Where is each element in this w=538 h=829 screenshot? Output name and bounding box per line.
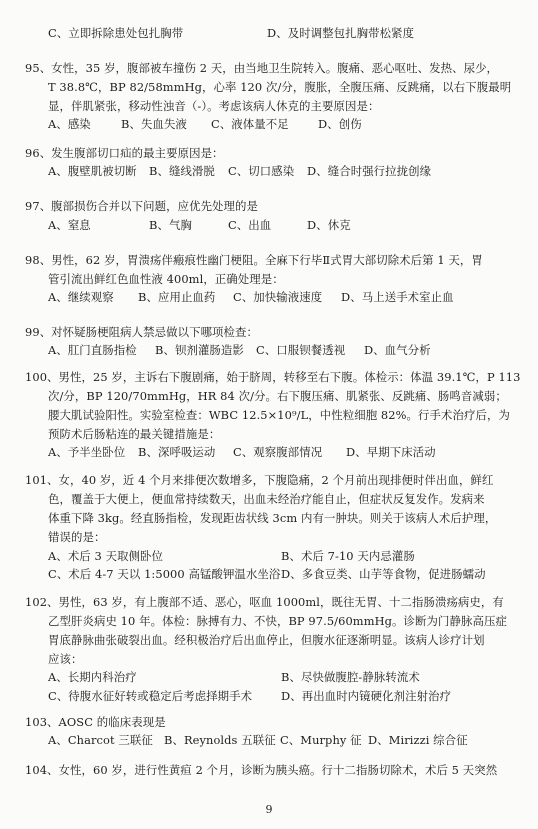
- option-b: B、Reynolds 五联征: [164, 733, 276, 747]
- option-b: B、气胸: [149, 218, 192, 232]
- option-b: B、尽快做腹腔-静脉转流术: [281, 670, 420, 684]
- question-stem-line: 胃底静脉曲张破裂出血。经积极治疗后出血停止，但腹水征逐渐明显。该病人诊疗计划: [48, 633, 485, 647]
- question-stem-line: 103、AOSC 的临床表现是: [25, 715, 166, 729]
- option-b: B、钡剂灌肠造影: [155, 343, 244, 357]
- option-c: C、观察腹部情况: [233, 445, 322, 459]
- option-b: B、应用止血药: [138, 290, 215, 304]
- option-a: A、肛门直肠指检: [48, 343, 137, 357]
- option-c: C、口服钡餐透视: [256, 343, 345, 357]
- question-stem-line: 100、男性，25 岁，主诉右下腹剧痛，始于脐周，转移至右下腹。体检示：体温 3…: [25, 370, 521, 384]
- question-stem-line: 应该：: [48, 652, 82, 666]
- option-c: C、加快输液速度: [233, 290, 322, 304]
- option-d: D、Mirizzi 综合征: [368, 733, 468, 747]
- option-c: C、待腹水征好转或稳定后考虑择期手术: [48, 689, 252, 703]
- option-d: D、马上送手术室止血: [341, 290, 454, 304]
- option-d: D、再出血时内镜硬化剂注射治疗: [281, 689, 451, 703]
- option-c: C、术后 4-7 天以 1:5000 高锰酸钾温水坐浴: [48, 567, 280, 581]
- option-a: A、腹壁肌被切断: [48, 164, 137, 178]
- option-a: A、术后 3 天取侧卧位: [48, 549, 163, 563]
- option-c: C、立即拆除患处包扎胸带: [48, 26, 183, 40]
- question-stem-line: 腰大肌试验阳性。实验室检查：WBC 12.5×10⁹/L，中性粒细胞 82%。行…: [48, 408, 510, 422]
- option-a: A、感染: [48, 117, 91, 131]
- option-d: D、休克: [307, 218, 351, 232]
- option-d: D、创伤: [318, 117, 362, 131]
- option-d: D、缝合时强行拉拢创缘: [307, 164, 431, 178]
- page-number: 9: [0, 803, 538, 816]
- option-a: A、继续观察: [48, 290, 114, 304]
- option-b: B、失血失液: [121, 117, 187, 131]
- option-b: B、缝线滑脱: [149, 164, 215, 178]
- question-stem-line: 预防术后肠粘连的最关键措施是：: [48, 427, 220, 441]
- question-stem-line: 96、发生腹部切口疝的最主要原因是：: [25, 146, 224, 160]
- option-a: A、Charcot 三联征: [48, 733, 153, 747]
- question-stem-line: T 38.8℃，BP 82/58mmHg，心率 120 次/分，腹胀，全腹压痛、…: [48, 80, 511, 94]
- question-stem-line: 次/分，BP 120/70mmHg，HR 84 次/分。右下腹压痛、肌紧张、反跳…: [48, 389, 507, 403]
- option-d: D、多食豆类、山芋等食物，促进肠蠕动: [281, 567, 486, 581]
- option-d: D、血气分析: [364, 343, 431, 357]
- question-stem-line: 乙型肝炎病史 10 年。体检：脉搏有力、不快，BP 97.5/60mmHg。诊断…: [48, 614, 507, 628]
- option-c: C、Murphy 征: [280, 733, 362, 747]
- exam-page: C、立即拆除患处包扎胸带 D、及时调整包扎胸带松紧度 95、女性，35 岁，腹部…: [0, 0, 538, 829]
- question-stem-line: 错误的是：: [48, 530, 105, 544]
- question-stem-line: 104、女性，60 岁，进行性黄疸 2 个月，诊断为胰头癌。行十二指肠切除术，术…: [25, 763, 497, 777]
- question-stem-line: 99、对怀疑肠梗阻病人禁忌做以下哪项检查：: [25, 325, 258, 339]
- option-c: C、出血: [228, 218, 271, 232]
- question-stem-line: 色，覆盖于大便上，便血常持续数天，出血未经治疗能自止，但症状反复发作。发病来: [48, 492, 485, 506]
- option-d: D、及时调整包扎胸带松紧度: [267, 26, 414, 40]
- question-stem-line: 102、男性，63 岁，有上腹部不适、恶心，呕血 1000ml，既往无胃、十二指…: [25, 595, 504, 609]
- option-b: B、术后 7-10 天内忌灌肠: [281, 549, 415, 563]
- option-d: D、早期下床活动: [346, 445, 436, 459]
- option-a: A、长期内科治疗: [48, 670, 137, 684]
- option-c: C、液体量不足: [211, 117, 289, 131]
- question-stem-line: 97、腹部损伤合并以下问题，应优先处理的是: [25, 199, 258, 213]
- option-a: A、予半坐卧位: [48, 445, 125, 459]
- question-stem-line: 显，伴肌紧张，移动性浊音（-）。考虑该病人休克的主要原因是：: [48, 99, 379, 113]
- question-stem-line: 管引流出鲜红色血性液 400ml，正确处理是：: [48, 272, 284, 286]
- question-stem-line: 101、女，40 岁，近 4 个月来排便次数增多，下腹隐痛，2 个月前出现排便时…: [25, 473, 494, 487]
- question-stem-line: 体重下降 3kg。经直肠指检，发现距齿状线 3cm 内有一肿块。则关于该病人术后…: [48, 511, 496, 525]
- option-b: B、深呼吸运动: [138, 445, 215, 459]
- option-c: C、切口感染: [228, 164, 294, 178]
- option-a: A、窒息: [48, 218, 91, 232]
- question-stem-line: 98、男性，62 岁，胃溃疡伴瘢痕性幽门梗阻。全麻下行毕Ⅱ式胃大部切除术后第 1…: [25, 253, 483, 267]
- question-stem-line: 95、女性，35 岁，腹部被车撞伤 2 天，由当地卫生院转入。腹痛、恶心呕吐、发…: [25, 61, 498, 75]
